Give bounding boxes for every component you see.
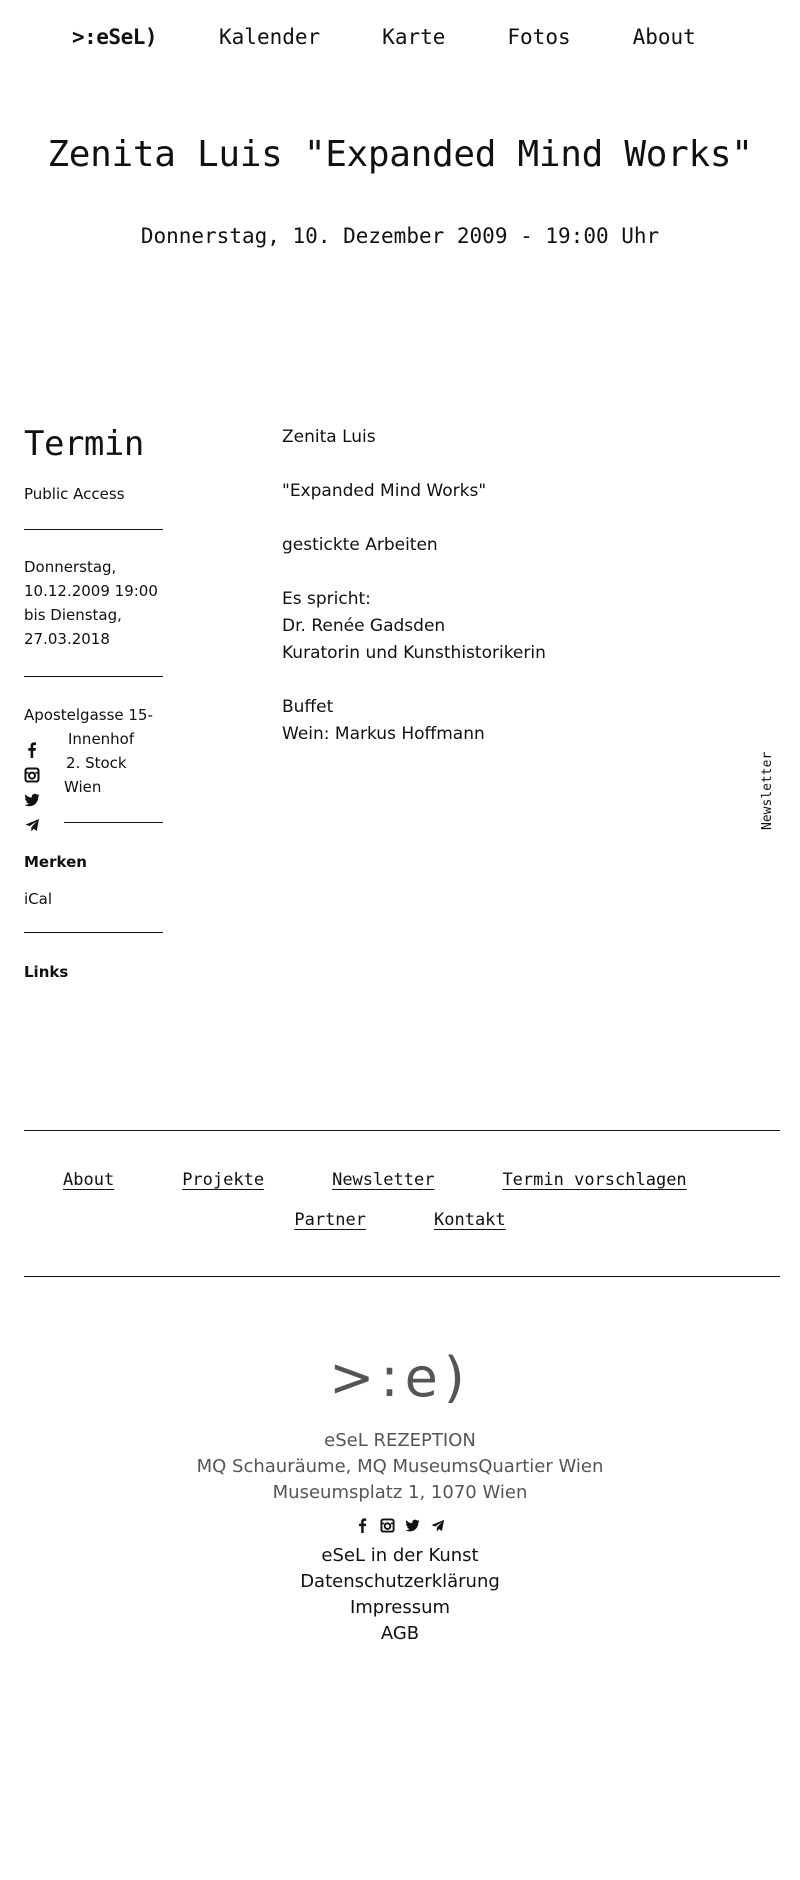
footer-link-projekte[interactable]: Projekte: [182, 1170, 264, 1210]
footer-link-kontakt[interactable]: Kontakt: [434, 1210, 506, 1250]
address-rest: Innenhof 2. Stock Wien: [64, 727, 134, 799]
footer-link-newsletter[interactable]: Newsletter: [332, 1170, 434, 1210]
sidebar-social-icons: [24, 742, 44, 842]
event-date: Donnerstag, 10. Dezember 2009 - 19:00 Uh…: [0, 224, 800, 248]
event-title: Zenita Luis "Expanded Mind Works": [0, 134, 800, 175]
footer-divider-bottom: [24, 1276, 780, 1277]
footer-link-impressum[interactable]: Impressum: [0, 1595, 800, 1621]
event-dates: Donnerstag, 10.12.2009 19:00 bis Diensta…: [24, 555, 174, 651]
address-line-1: Apostelgasse 15-: [24, 703, 153, 727]
site-logo[interactable]: >:eSeL): [72, 25, 157, 49]
nav-item-fotos[interactable]: Fotos: [507, 25, 570, 49]
ical-link[interactable]: iCal: [24, 887, 52, 911]
divider: [64, 822, 163, 823]
footer-link-datenschutz[interactable]: Datenschutzerklärung: [0, 1569, 800, 1595]
footer-link-agb[interactable]: AGB: [0, 1621, 800, 1647]
nav-item-about[interactable]: About: [633, 25, 696, 49]
footer-logo: >:e): [0, 1346, 800, 1409]
sidebar-heading: Termin: [24, 420, 164, 468]
description-paragraph: gestickte Arbeiten: [282, 532, 742, 559]
access-type: Public Access: [24, 482, 125, 506]
description-paragraph: Zenita Luis: [282, 424, 742, 451]
description-paragraph: Buffet Wein: Markus Hoffmann: [282, 694, 742, 748]
instagram-icon[interactable]: [24, 767, 40, 783]
divider: [24, 676, 163, 677]
description-paragraph: "Expanded Mind Works": [282, 478, 742, 505]
event-description: Zenita Luis "Expanded Mind Works" gestic…: [282, 424, 742, 775]
newsletter-tab[interactable]: Newsletter: [760, 752, 775, 830]
footer-link-termin-vorschlagen[interactable]: Termin vorschlagen: [502, 1170, 686, 1210]
merken-heading: Merken: [24, 850, 87, 874]
facebook-icon[interactable]: [355, 1518, 370, 1533]
footer-link-partner[interactable]: Partner: [294, 1210, 366, 1250]
event-sidebar: Termin Public Access Donnerstag, 10.12.2…: [24, 420, 164, 468]
top-navigation: >:eSeL) Kalender Karte Fotos About: [72, 22, 800, 52]
description-paragraph: Es spricht: Dr. Renée Gadsden Kuratorin …: [282, 586, 742, 667]
nav-item-karte[interactable]: Karte: [382, 25, 445, 49]
footer-divider-top: [24, 1130, 780, 1131]
links-heading: Links: [24, 960, 68, 984]
footer-address: eSeL REZEPTION MQ Schauräume, MQ Museums…: [0, 1428, 800, 1506]
telegram-icon[interactable]: [24, 817, 40, 833]
telegram-icon[interactable]: [430, 1518, 445, 1533]
twitter-icon[interactable]: [405, 1518, 420, 1533]
divider: [24, 932, 163, 933]
nav-item-kalender[interactable]: Kalender: [219, 25, 320, 49]
footer-link-esel-in-der-kunst[interactable]: eSeL in der Kunst: [0, 1543, 800, 1569]
footer-link-about[interactable]: About: [63, 1170, 114, 1210]
footer-navigation: About Projekte Newsletter Termin vorschl…: [0, 1170, 800, 1250]
footer-links: eSeL in der Kunst Datenschutzerklärung I…: [0, 1543, 800, 1647]
facebook-icon[interactable]: [24, 742, 40, 758]
divider: [24, 529, 163, 530]
twitter-icon[interactable]: [24, 792, 40, 808]
instagram-icon[interactable]: [380, 1518, 395, 1533]
footer-social-icons: [0, 1518, 800, 1533]
